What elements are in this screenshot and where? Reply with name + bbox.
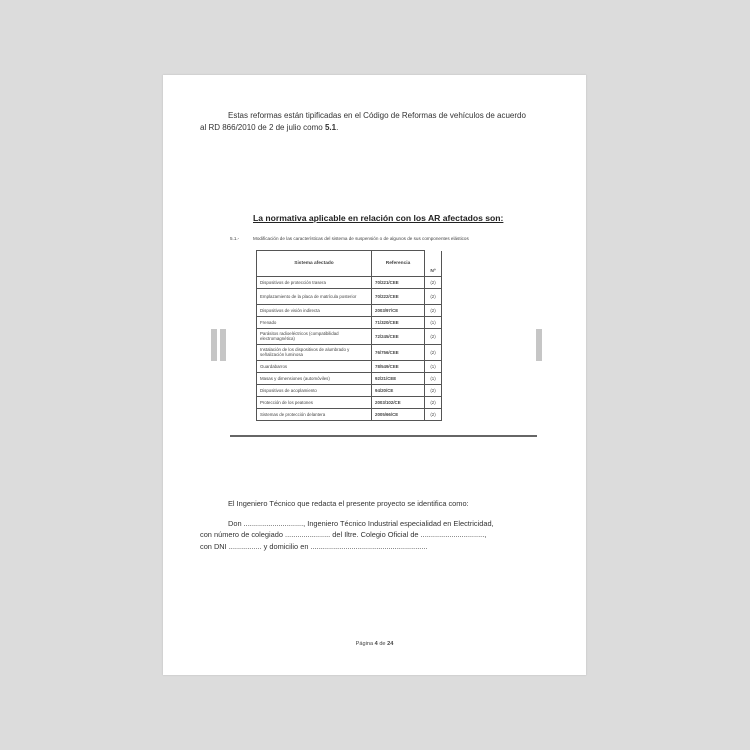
table-row: Dispositivos de protección trasera70/221… <box>257 276 442 288</box>
header-reference: Referencia <box>372 251 425 277</box>
system-cell: Instalación de los dispositivos de alumb… <box>257 344 372 360</box>
intro-line-1: Estas reformas están tipificadas en el C… <box>228 111 526 120</box>
system-cell: Protección de los peatones <box>257 396 372 408</box>
number-cell: (2) <box>425 304 442 316</box>
subsection-title: 5.1.-Modificación de las características… <box>230 236 469 241</box>
table-row: Dispositivos de acoplamiento94/20/CE(2) <box>257 384 442 396</box>
section-heading: La normativa aplicable en relación con l… <box>253 213 503 223</box>
number-cell: (2) <box>425 288 442 304</box>
intro-paragraph: Estas reformas están tipificadas en el C… <box>200 110 550 134</box>
reference-cell: 2005/66/CE <box>372 408 425 420</box>
header-system: Sistema afectado <box>257 251 372 277</box>
number-cell: (2) <box>425 384 442 396</box>
header-number: Nº <box>425 251 442 277</box>
system-cell: Emplazamiento de la placa de matrícula p… <box>257 288 372 304</box>
intro-period: . <box>336 123 338 132</box>
reference-cell: 72/245/CEE <box>372 328 425 344</box>
reference-cell: 92/21/CEE <box>372 372 425 384</box>
number-cell: (2) <box>425 276 442 288</box>
table-row: Sistemas de protección delantera2005/66/… <box>257 408 442 420</box>
system-cell: Sistemas de protección delantera <box>257 408 372 420</box>
document-page: Estas reformas están tipificadas en el C… <box>163 75 586 675</box>
table-row: Masas y dimensiones (automóviles)92/21/C… <box>257 372 442 384</box>
next-page-icon[interactable] <box>536 329 542 361</box>
number-cell: (1) <box>425 372 442 384</box>
table-row: Guardabarros78/549/CEE(1) <box>257 360 442 372</box>
prev-page-icon[interactable] <box>211 329 227 361</box>
table-row: Frenado71/320/CEE(1) <box>257 316 442 328</box>
number-cell: (2) <box>425 344 442 360</box>
reference-cell: 70/222/CEE <box>372 288 425 304</box>
number-cell: (2) <box>425 328 442 344</box>
affected-systems-table: Sistema afectado Referencia Nº Dispositi… <box>256 250 442 421</box>
reference-cell: 2003/97/CE <box>372 304 425 316</box>
table-row: Parásitos radioeléctricos (compatibilida… <box>257 328 442 344</box>
reference-cell: 76/756/CEE <box>372 344 425 360</box>
number-cell: (2) <box>425 396 442 408</box>
total-pages: 24 <box>387 641 393 647</box>
intro-line-2: al RD 866/2010 de 2 de julio como <box>200 123 325 132</box>
section-divider <box>230 435 537 437</box>
table-row: Protección de los peatones2003/102/CE(2) <box>257 396 442 408</box>
system-cell: Dispositivos de protección trasera <box>257 276 372 288</box>
footer-prefix: Página <box>356 641 375 647</box>
engineer-intro: El Ingeniero Técnico que redacta el pres… <box>200 498 550 510</box>
subsection-number: 5.1.- <box>230 236 253 241</box>
system-cell: Guardabarros <box>257 360 372 372</box>
footer-middle: de <box>378 641 387 647</box>
page-footer: Página 4 de 24 <box>163 641 586 647</box>
system-cell: Dispositivos de visión indirecta <box>257 304 372 316</box>
table-row: Instalación de los dispositivos de alumb… <box>257 344 442 360</box>
system-cell: Parásitos radioeléctricos (compatibilida… <box>257 328 372 344</box>
reference-cell: 94/20/CE <box>372 384 425 396</box>
system-cell: Dispositivos de acoplamiento <box>257 384 372 396</box>
table-row: Emplazamiento de la placa de matrícula p… <box>257 288 442 304</box>
engineer-line-3: con DNI ................ y domicilio en … <box>200 541 550 553</box>
number-cell: (1) <box>425 360 442 372</box>
reference-cell: 71/320/CEE <box>372 316 425 328</box>
engineer-line-2: con número de colegiado ................… <box>200 529 550 541</box>
engineer-paragraph: El Ingeniero Técnico que redacta el pres… <box>200 498 550 552</box>
reference-cell: 70/221/CEE <box>372 276 425 288</box>
system-cell: Masas y dimensiones (automóviles) <box>257 372 372 384</box>
reference-cell: 2003/102/CE <box>372 396 425 408</box>
subsection-text: Modificación de las características del … <box>253 236 469 241</box>
reference-cell: 78/549/CEE <box>372 360 425 372</box>
engineer-line-1: Don ............................., Ingen… <box>200 518 550 530</box>
number-cell: (2) <box>425 408 442 420</box>
table-row: Dispositivos de visión indirecta2003/97/… <box>257 304 442 316</box>
number-cell: (1) <box>425 316 442 328</box>
system-cell: Frenado <box>257 316 372 328</box>
intro-code: 5.1 <box>325 123 336 132</box>
